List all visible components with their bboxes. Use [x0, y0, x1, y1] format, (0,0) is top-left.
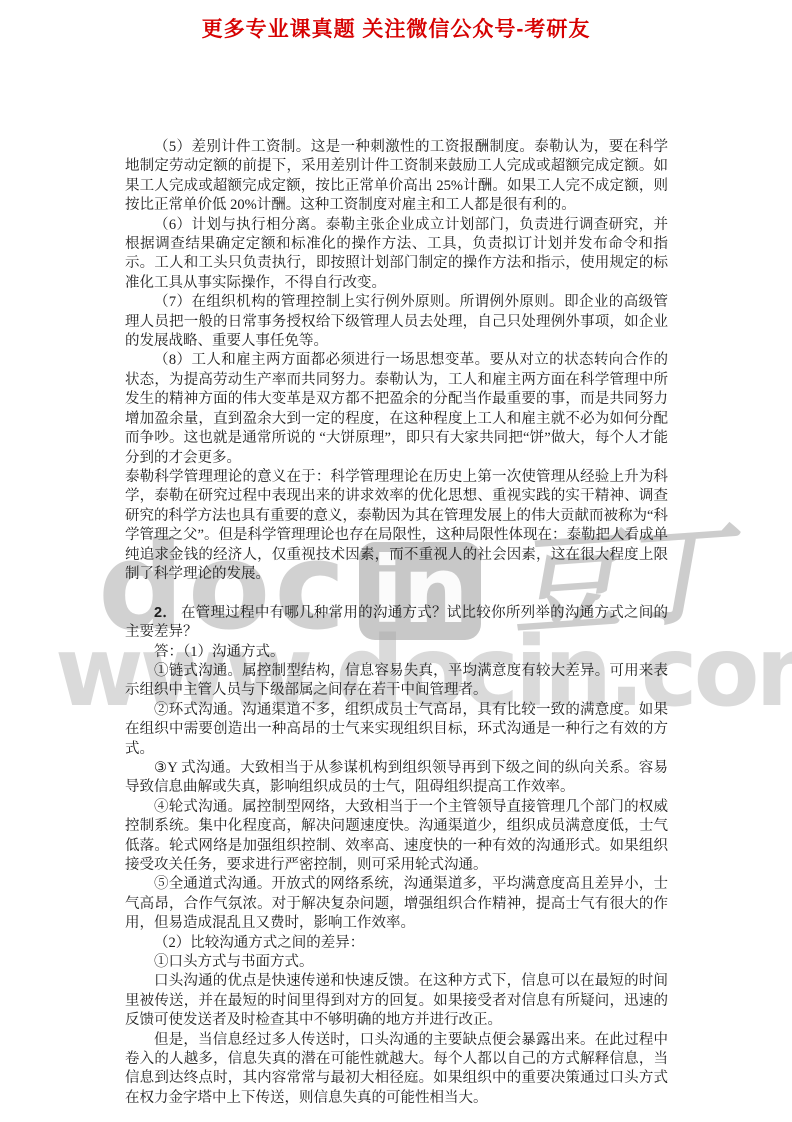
- question-2-number: 2．: [154, 605, 177, 621]
- paragraph-oral-vs-written: ①口头方式与书面方式。: [125, 953, 668, 972]
- paragraph-mental-revolution: （8）工人和雇主两方面都必须进行一场思想变革。要从对立的状态转向合作的状态，为提…: [125, 351, 668, 467]
- promo-header: 更多专业课真题 关注微信公众号-考研友: [0, 13, 792, 43]
- paragraph-exception-principle: （7）在组织机构的管理控制上实行例外原则。所谓例外原则。即企业的高级管理人员把一…: [125, 293, 668, 351]
- paragraph-y-communication: ③Y 式沟通。大致相当于从参谋机构到组织领导再到下级之间的纵向关系。容易导致信息…: [125, 759, 668, 798]
- document-body: （5）差别计件工资制。这是一种刺激性的工资报酬制度。泰勒认为，要在科学地制定劳动…: [125, 138, 668, 1108]
- question-2-text: 在管理过程中有哪几种常用的沟通方式？试比较你所列举的沟通方式之间的主要差异？: [125, 605, 668, 640]
- paragraph-circle-communication: ②环式沟通。沟通渠道不多，组织成员士气高昂，具有比较一致的满意度。如果在组织中需…: [125, 701, 668, 759]
- paragraph-answer-intro: 答：（1）沟通方式。: [125, 643, 668, 662]
- scanned-document-page: 更多专业课真题 关注微信公众号-考研友 docin豆丁 www.docin.co…: [0, 0, 792, 1122]
- paragraph-wheel-communication: ④轮式沟通。属控制型网络，大致相当于一个主管领导直接管理几个部门的权威控制系统。…: [125, 798, 668, 876]
- paragraph-oral-advantages: 口头沟通的优点是快速传递和快速反馈。在这种方式下，信息可以在最短的时间里被传送，…: [125, 972, 668, 1030]
- paragraph-plan-execution-separation: （6）计划与执行相分离。泰勒主张企业成立计划部门，负责进行调查研究，并根据调查结…: [125, 216, 668, 294]
- paragraph-taylor-significance: 泰勒科学管理理论的意义在于：科学管理理论在历史上第一次使管理从经验上升为科学，泰…: [125, 468, 668, 584]
- paragraph-taylor-piece-rate: （5）差别计件工资制。这是一种刺激性的工资报酬制度。泰勒认为，要在科学地制定劳动…: [125, 138, 668, 216]
- paragraph-oral-disadvantages: 但是，当信息经过多人传送时，口头沟通的主要缺点便会暴露出来。在此过程中卷入的人越…: [125, 1031, 668, 1109]
- question-2: 2． 在管理过程中有哪几种常用的沟通方式？试比较你所列举的沟通方式之间的主要差异…: [125, 604, 668, 643]
- paragraph-all-channel-communication: ⑤全通道式沟通。开放式的网络系统，沟通渠道多，平均满意度高且差异小，士气高昂，合…: [125, 875, 668, 933]
- paragraph-compare-differences: （2）比较沟通方式之间的差异：: [125, 934, 668, 953]
- paragraph-chain-communication: ①链式沟通。属控制型结构，信息容易失真，平均满意度有较大差异。可用来表示组织中主…: [125, 662, 668, 701]
